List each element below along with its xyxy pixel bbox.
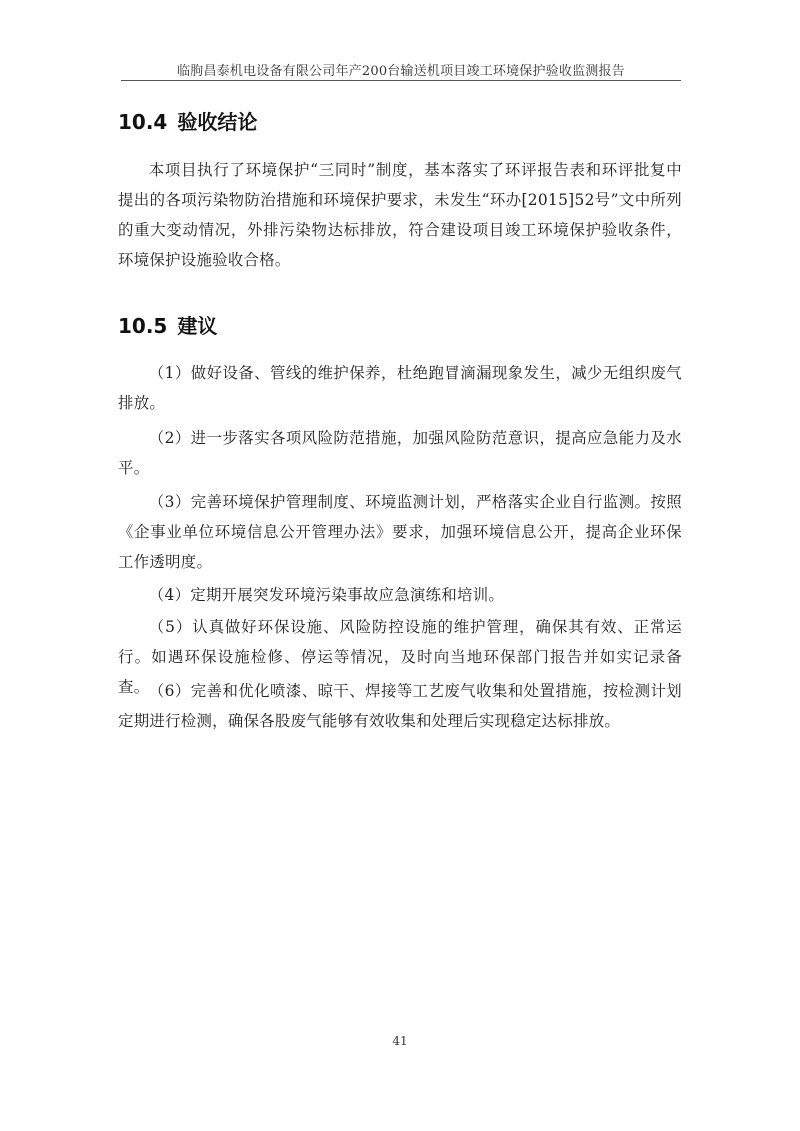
suggestion-1: （1）做好设备、管线的维护保养，杜绝跑冒滴漏现象发生，减少无组织废气排放。 — [118, 358, 682, 418]
section-heading-10-5: 10.5建议 — [118, 310, 217, 339]
suggestion-6: （6）完善和优化喷漆、晾干、焊接等工艺废气收集和处置措施，按检测计划定期进行检测… — [118, 676, 682, 736]
suggestion-2: （2）进一步落实各项风险防范措施，加强风险防范意识，提高应急能力及水平。 — [118, 423, 682, 483]
section-number: 10.4 — [118, 110, 167, 134]
paragraph-conclusion: 本项目执行了环境保护“三同时”制度，基本落实了环评报告表和环评批复中提出的各项污… — [118, 155, 682, 275]
section-heading-10-4: 10.4验收结论 — [118, 106, 257, 135]
suggestion-3: （3）完善环境保护管理制度、环境监测计划，严格落实企业自行监测。按照《企事业单位… — [118, 487, 682, 577]
running-header: 临朐昌泰机电设备有限公司年产200台输送机项目竣工环境保护验收监测报告 — [121, 60, 681, 79]
section-number: 10.5 — [118, 314, 167, 338]
page-number: 41 — [0, 1034, 800, 1048]
header-rule — [121, 80, 681, 81]
suggestion-4: （4）定期开展突发环境污染事故应急演练和培训。 — [118, 580, 682, 610]
section-title: 建议 — [177, 314, 217, 338]
section-title: 验收结论 — [177, 110, 257, 134]
